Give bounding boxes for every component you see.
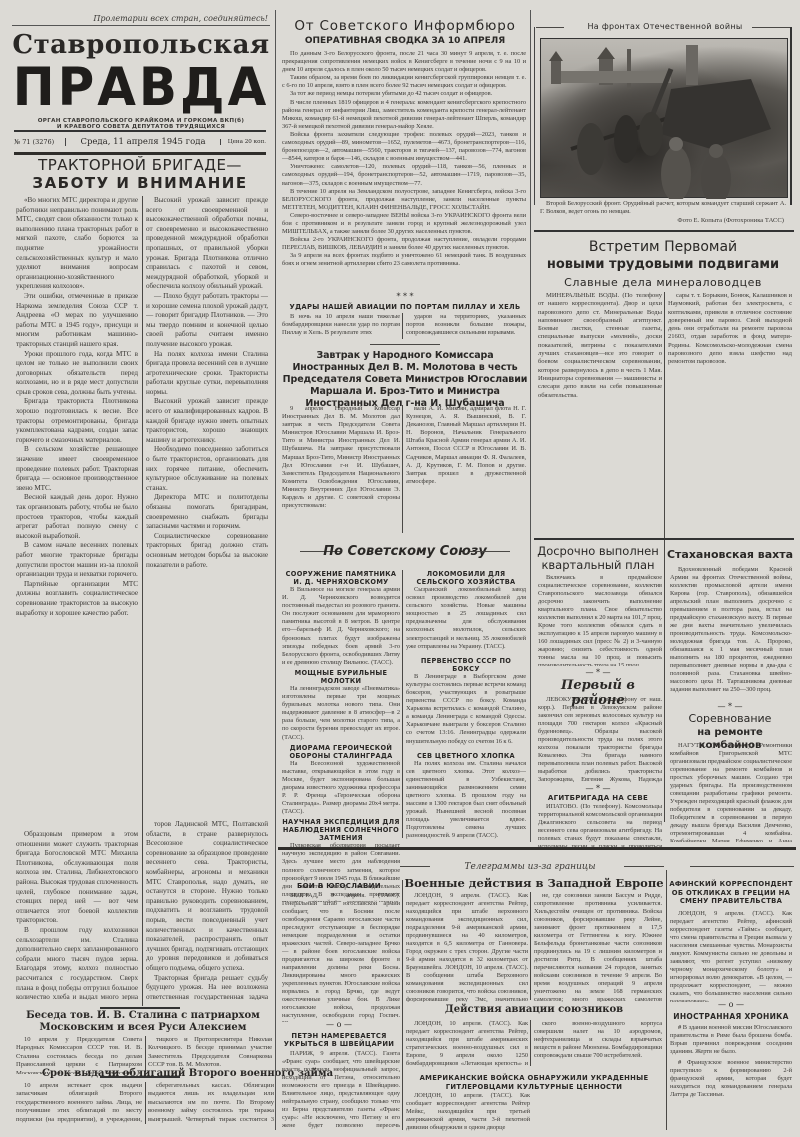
stalin-talk-title: Беседа тов. И. В. Сталина с патриархом М… [14,1010,272,1034]
sovunion-left-col: СООРУЖЕНИЕ ПАМЯТНИКА И. Д. ЧЕРНЯХОВСКОМУ… [282,570,400,840]
informburo-title: От Советского Информбюро [280,18,530,34]
petain-title: ПЕТЭН НАМЕРЕВАЕТСЯ УКРЫТЬСЯ В ШВЕЙЦАРИИ [280,1032,398,1048]
aviation-col-2: ударов на территориях, указанных портов … [406,313,526,341]
issue-info-bar: № 71 (3276) Среда, 11 апреля 1945 года Ц… [14,134,266,150]
issue-number: № 71 (3276) [14,138,66,146]
yugoslavia-separator: — о — [280,1020,398,1029]
kvartal-title: Досрочно выполнен квартальный план [534,544,662,572]
mayday-subtitle: Славные дела минераловодцев [534,276,792,289]
slogan: Пролетарии всех стран, соединяйтесь! [12,14,270,26]
issue-date: Среда, 11 апреля 1945 года [66,137,220,147]
foreign-chronicle-text: # В здании военной миссии Югославского п… [670,1024,792,1130]
kvartal-text: Включаясь в предмайское социалистическое… [538,574,662,666]
aviation-col-1: В ночь на 10 апреля наши тяжелые бомбард… [282,313,400,341]
first-in-district-separator: — * — [534,784,662,793]
editorial-col-2: Высокий урожай зависит прежде всего от с… [146,196,268,826]
hash-bullet-icon: # [678,1059,681,1066]
stars-separator: * * * [280,292,530,301]
stakhanov-text: Вдохновленный победами Красной Армии на … [670,566,792,694]
breakfast-title: Завтрак у Народного Комиссара Иностранны… [282,350,528,410]
petain-text: ПАРИЖ, 9 апреля. (ТАСС). Газета «Франс с… [282,1050,400,1130]
agitbrigade-text: ИПАТОВО. (По телефону). Комсомольцы терр… [538,803,662,851]
first-in-district-text: ЛЕВОКУМСКОЕ. (По телефону от наш. корр.)… [538,696,662,784]
agitbrigade-title: АГИТБРИГАДА НА СЕВЕ [534,794,662,802]
editorial-col-2-bottom: торов Ладинской МТС, Полтавской области,… [146,820,268,1000]
photo-caption: Второй Белорусский фронт. Орудийный расч… [540,200,786,216]
allied-aviation-title: Действия авиации союзников [404,1004,664,1015]
telegrams-header: Телеграммы из-за границы [400,862,660,872]
yugoslavia-title: БОИ В ЮГОСЛАВИИ [280,882,398,890]
editorial-col-1: «Во многих МТС директора и другие работн… [16,196,138,826]
newspaper-title-top: Ставропольская [12,30,270,60]
sovunion-right-col: ЛОКОМОБИЛИ ДЛЯ СЕЛЬСКОГО ХОЗЯЙСТВА Сызра… [406,570,526,840]
bonds-title: Срок выдачи облигаций Второго военного з… [14,1068,272,1080]
stakhanov-separator: — * — [666,702,794,711]
mayday-col-1: МИНЕРАЛЬНЫЕ ВОДЫ. (По телефону от нашего… [538,292,662,532]
athens-text: ЛОНДОН, 9 апреля. (ТАСС). Как передает а… [670,910,792,1002]
foreign-chronicle-title: ИНОСТРАННАЯ ХРОНИКА [668,1012,794,1021]
breakfast-col-1: 9 апреля Народный Комиссар Иностранных Д… [282,405,400,533]
photo-credit: Фото Е. Копыта (Фотохроника ТАСС) [540,217,784,224]
art-treasures-title: АМЕРИКАНСКИЕ ВОЙСКА ОБНАРУЖИЛИ УКРАДЕННЫ… [404,1074,664,1091]
allied-aviation-col-1: ЛОНДОН, 10 апреля. (ТАСС). Как передает … [406,1020,528,1068]
mayday-title: Встретим Первомай новыми трудовыми подви… [534,238,792,273]
stakhanov-title: Стахановская вахта [666,548,794,561]
war-photo-artillery-crew [540,38,788,198]
bonds-col-1: 10 апреля истекает срок выдачи запасчика… [16,1082,142,1124]
kvartal-separator: — * — [534,668,662,677]
mayday-col-2: сары т. т. Борыкин, Бонюк, Калашников и … [668,292,792,532]
editorial-title: ТРАКТОРНОЙ БРИГАДЕ— ЗАБОТУ И ВНИМАНИЕ [14,156,266,192]
informburo-subtitle: ОПЕРАТИВНАЯ СВОДКА ЗА 10 АПРЕЛЯ [280,36,530,46]
western-europe-col-2: не, где союзники заняли Бассум и Ридде, … [534,892,662,1002]
allied-aviation-col-2: ского военно-воздушного корпуса совершил… [534,1020,662,1068]
athens-separator: — о — [668,1000,794,1009]
breakfast-col-2: вали А. И. Микоян, адмирал флота Н. Г. К… [406,405,526,533]
price: Цена 20 коп. [220,139,266,145]
bonds-col-2: сберегательных кассах. Облигации выдаютс… [148,1082,274,1124]
editorial-col-1-bottom: Образцовым примером в этом отношении мож… [16,830,138,1000]
informburo-text: По данным 3-го Белорусского фронта, посл… [282,50,526,292]
western-europe-title: Военные действия в Западной Европе [404,876,664,890]
newspaper-title-main: ПРАВДА [12,59,270,116]
western-europe-col-1: ЛОНДОН, 9 апреля. (ТАСС). Как передает к… [406,892,528,1002]
aviation-title: УДАРЫ НАШЕЙ АВИАЦИИ ПО ПОРТАМ ПИЛЛАУ И Х… [280,303,530,311]
hash-bullet-icon: # [678,1024,681,1031]
combines-text: НАГУТЫ. (По телефону). Ремонтники комбай… [670,742,792,842]
athens-title: АФИНСКИЙ КОРРЕСПОНДЕНТ ОБ ОТКЛИКАХ В ГРЕ… [668,880,794,906]
yugoslavia-text: БЕЛГРАД, 9 апреля. (ТАСС). Генеральный ш… [282,892,400,1022]
art-treasures-text: ЛОНДОН, 10 апреля. (ТАСС). Как сообщает … [406,1092,530,1132]
